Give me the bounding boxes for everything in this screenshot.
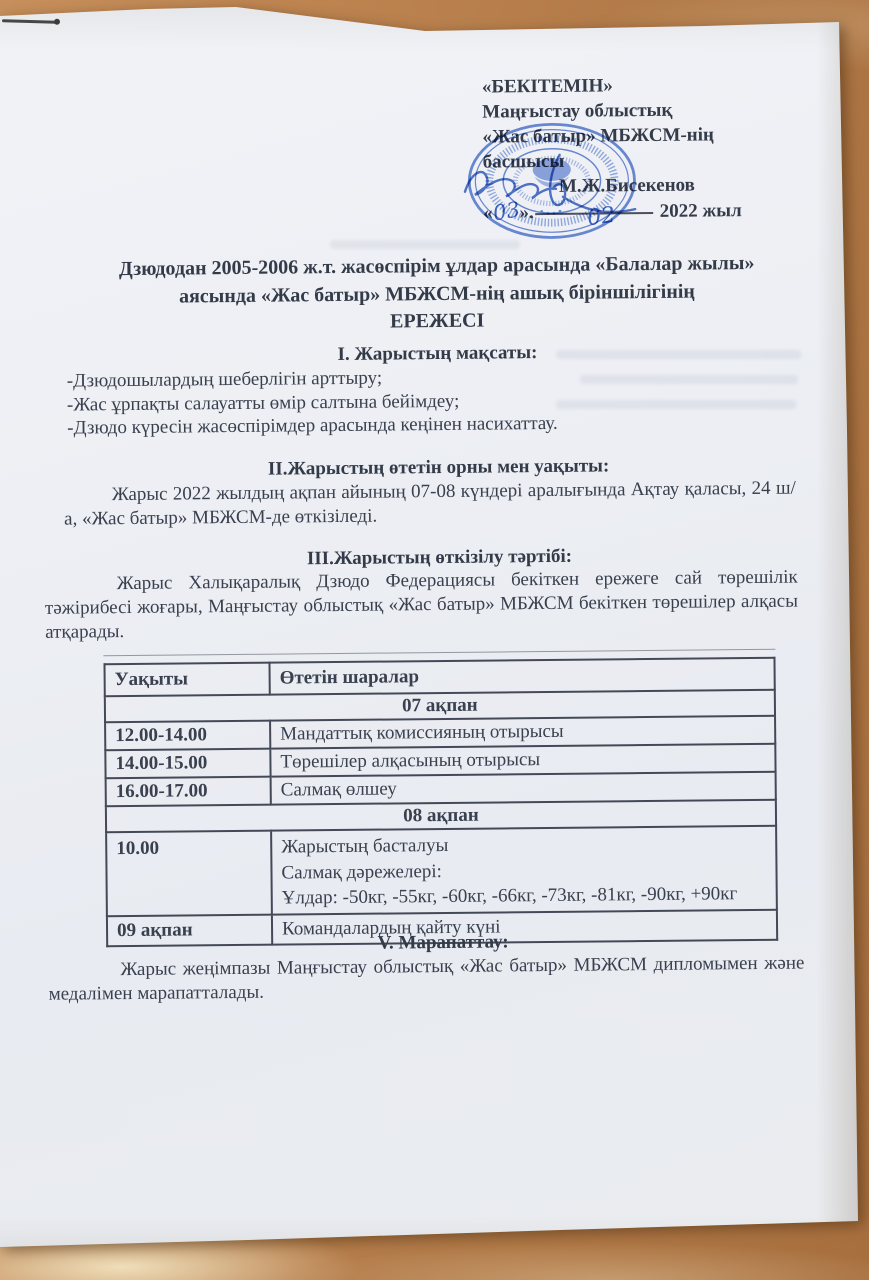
table-cell-time: 12.00-14.00 [105,721,270,751]
approval-line: «БЕКІТЕМІН» [482,71,842,99]
document-paper: «БЕКІТЕМІН» Маңғыстау облыстық «Жас баты… [0,0,869,1280]
table-header-time: Уақыты [104,663,269,697]
table-cell-time: 10.00 [106,831,272,917]
table-cell-time: 14.00-15.00 [105,749,270,779]
section-place-body: Жарыс 2022 жылдың ақпан айының 07-08 күн… [64,477,796,531]
document-title: Дзюдодан 2005-2006 ж.т. жасөспірім ұлдар… [42,249,833,339]
section-award-body: Жарыс жеңімпазы Маңғыстау облыстық «Жас … [48,952,804,1007]
schedule-table: Уақыты Өтетін шаралар 07 ақпан 12.00-14.… [103,657,778,947]
paper-shadow: «БЕКІТЕМІН» Маңғыстау облыстық «Жас баты… [0,0,869,1280]
document-content: «БЕКІТЕМІН» Маңғыстау облыстық «Жас баты… [0,0,869,1280]
section-order-body: Жарыс Халықаралық Дзюдо Федерациясы бекі… [45,566,799,645]
signature-ink [459,146,675,226]
table-cell-time: 16.00-17.00 [106,777,271,807]
table-cell-event: Жарыстың басталуы Салмақ дәрежелері: Ұлд… [271,826,777,915]
table-row: 10.00 Жарыстың басталуы Салмақ дәрежелер… [106,826,777,916]
table-header-events: Өтетін шаралар [269,658,774,695]
event-line: Ұлдар: -50кг, -55кг, -60кг, -66кг, -73кг… [282,881,767,911]
table-top-rule [103,649,775,656]
section-goal-items: -Дзюдошылардың шеберлігін арттыру; -Жас … [67,362,808,440]
